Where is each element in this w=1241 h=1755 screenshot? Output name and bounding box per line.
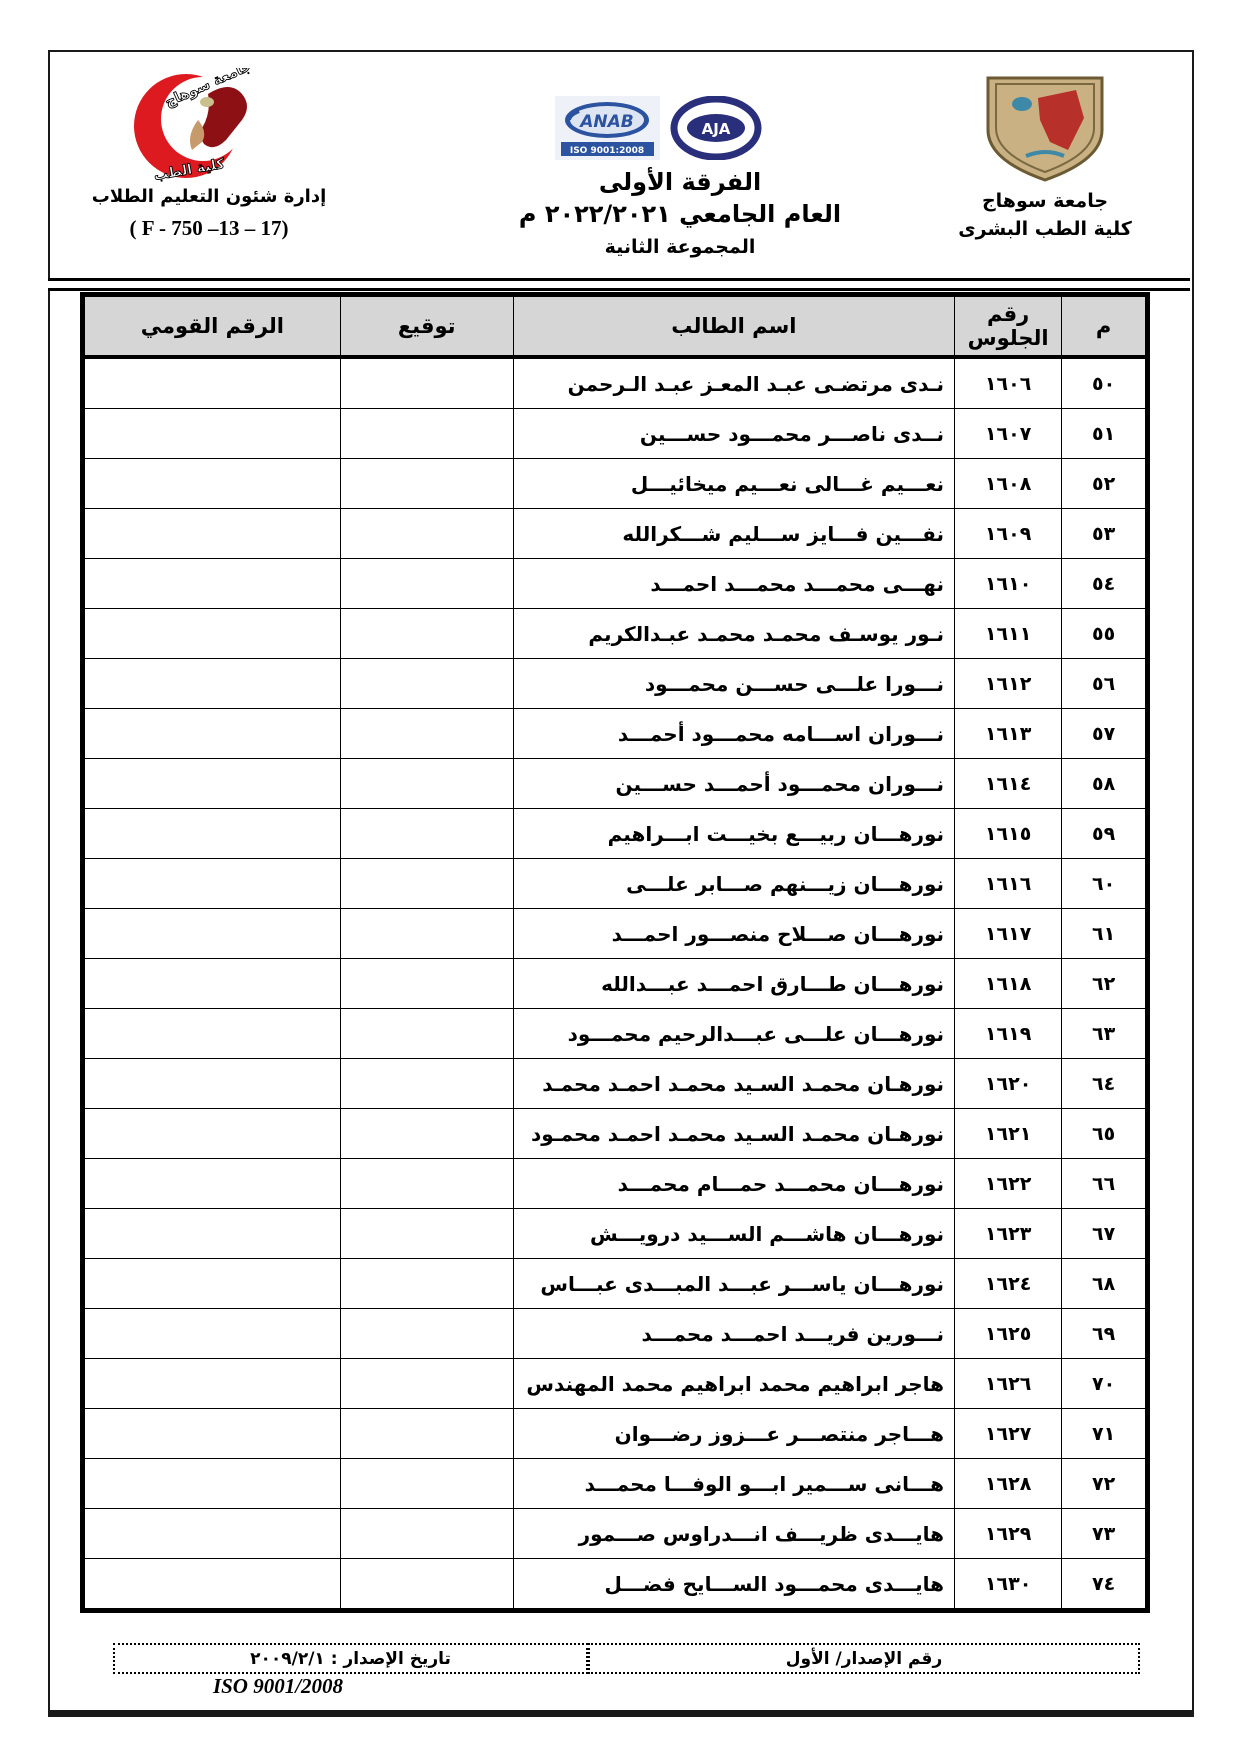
student-name: نـــورا علـــى حســـن محمـــود — [513, 659, 954, 709]
shield-logo-icon — [978, 74, 1112, 184]
table-row: ٧٢ ١٦٢٨ هـــانى ســـمير ابـــو الوفـــا … — [85, 1459, 1146, 1509]
table-row: ٥٤ ١٦١٠ نهـــى محمـــد محمـــد احمـــد — [85, 559, 1146, 609]
seat-number: ١٦٠٧ — [955, 409, 1062, 459]
signature-cell — [340, 409, 513, 459]
national-id-cell — [85, 759, 341, 809]
seat-number: ١٦٢٩ — [955, 1509, 1062, 1559]
student-table-body: ٥٠ ١٦٠٦ نـدى مرتضـى عبـد المعـز عبـد الـ… — [85, 357, 1146, 1609]
national-id-cell — [85, 1509, 341, 1559]
page-title-group: المجموعة الثانية — [520, 236, 840, 258]
student-name: نورهـــان هاشـــم الســـيد درويـــش — [513, 1209, 954, 1259]
national-id-cell — [85, 909, 341, 959]
seat-number: ١٦٢٦ — [955, 1359, 1062, 1409]
seat-number: ١٦١٩ — [955, 1009, 1062, 1059]
student-name: نورهـــان صـــلاح منصـــور احمـــد — [513, 909, 954, 959]
seat-number: ١٦٠٨ — [955, 459, 1062, 509]
table-row: ٥٨ ١٦١٤ نـــوران محمـــود أحمـــد حســـي… — [85, 759, 1146, 809]
students-table-wrapper: م رقم الجلوس اسم الطالب توقيع الرقم القو… — [80, 292, 1150, 1613]
signature-cell — [340, 1159, 513, 1209]
row-index: ٧٢ — [1062, 1459, 1146, 1509]
issue-number-box: رقم الإصدار/ الأول — [588, 1643, 1140, 1674]
row-index: ٥٢ — [1062, 459, 1146, 509]
seat-number: ١٦٢٧ — [955, 1409, 1062, 1459]
crescent-college-logo: جامعة سوهاج كلية الطب — [112, 68, 287, 183]
student-name: نورهـــان طـــارق احمـــد عبـــدالله — [513, 959, 954, 1009]
national-id-cell — [85, 1409, 341, 1459]
page-title-academic-year: العام الجامعي ٢٠٢٢/٢٠٢١ م — [470, 200, 890, 228]
page-title-grade: الفرقة الأولى — [500, 168, 860, 196]
student-name: نهـــى محمـــد محمـــد احمـــد — [513, 559, 954, 609]
seat-number: ١٦٢١ — [955, 1109, 1062, 1159]
table-row: ٥٠ ١٦٠٦ نـدى مرتضـى عبـد المعـز عبـد الـ… — [85, 357, 1146, 409]
seat-number: ١٦٢٥ — [955, 1309, 1062, 1359]
table-row: ٥٣ ١٦٠٩ نفـــين فـــايز ســـليم شـــكرال… — [85, 509, 1146, 559]
row-index: ٧١ — [1062, 1409, 1146, 1459]
signature-cell — [340, 1209, 513, 1259]
signature-cell — [340, 1309, 513, 1359]
signature-cell — [340, 1409, 513, 1459]
form-code: ( F - 750 –13 – 17) — [54, 216, 364, 241]
seat-number: ١٦١٥ — [955, 809, 1062, 859]
row-index: ٥٣ — [1062, 509, 1146, 559]
aja-logo-icon: AJA — [670, 96, 762, 160]
signature-cell — [340, 609, 513, 659]
national-id-cell — [85, 1209, 341, 1259]
student-name: هـــاجر منتصـــر عـــزوز رضـــوان — [513, 1409, 954, 1459]
header-signature: توقيع — [340, 297, 513, 358]
table-row: ٥٥ ١٦١١ نـور يوسـف محمـد محمـد عبـدالكري… — [85, 609, 1146, 659]
row-index: ٥٧ — [1062, 709, 1146, 759]
national-id-cell — [85, 1009, 341, 1059]
row-index: ٦١ — [1062, 909, 1146, 959]
row-index: ٦٢ — [1062, 959, 1146, 1009]
national-id-cell — [85, 509, 341, 559]
row-index: ٦٠ — [1062, 859, 1146, 909]
row-index: ٥٤ — [1062, 559, 1146, 609]
row-index: ٦٩ — [1062, 1309, 1146, 1359]
national-id-cell — [85, 959, 341, 1009]
seat-number: ١٦١١ — [955, 609, 1062, 659]
row-index: ٧٣ — [1062, 1509, 1146, 1559]
national-id-cell — [85, 609, 341, 659]
table-row: ٦٣ ١٦١٩ نورهـــان علـــى عبـــدالرحيم مح… — [85, 1009, 1146, 1059]
signature-cell — [340, 859, 513, 909]
row-index: ٦٣ — [1062, 1009, 1146, 1059]
seat-number: ١٦٢٠ — [955, 1059, 1062, 1109]
student-name: نـــورين فريـــد احمـــد محمـــد — [513, 1309, 954, 1359]
table-header-row: م رقم الجلوس اسم الطالب توقيع الرقم القو… — [85, 297, 1146, 358]
table-row: ٦٤ ١٦٢٠ نورهـان محمـد السـيد محمـد احمـد… — [85, 1059, 1146, 1109]
header-divider-rule — [48, 278, 1190, 291]
student-name: نــدى ناصـــر محمـــود حســـين — [513, 409, 954, 459]
seat-number: ١٦١٦ — [955, 859, 1062, 909]
table-row: ٧٣ ١٦٢٩ هايـــدى ظريـــف انـــدراوس صـــ… — [85, 1509, 1146, 1559]
row-index: ٥٠ — [1062, 357, 1146, 409]
table-row: ٧٠ ١٦٢٦ هاجر ابراهيم محمد ابراهيم محمد ا… — [85, 1359, 1146, 1409]
seat-number: ١٦٢٨ — [955, 1459, 1062, 1509]
signature-cell — [340, 959, 513, 1009]
student-name: نـدى مرتضـى عبـد المعـز عبـد الـرحمن — [513, 357, 954, 409]
table-row: ٦٥ ١٦٢١ نورهـان محمـد السـيد محمـد احمـد… — [85, 1109, 1146, 1159]
row-index: ٦٦ — [1062, 1159, 1146, 1209]
table-row: ٥٧ ١٦١٣ نـــوران اســـامه محمـــود أحمــ… — [85, 709, 1146, 759]
table-row: ٧١ ١٦٢٧ هـــاجر منتصـــر عـــزوز رضـــوا… — [85, 1409, 1146, 1459]
crescent-logo-icon: جامعة سوهاج كلية الطب — [112, 68, 287, 183]
table-row: ٦٨ ١٦٢٤ نورهـــان ياســـر عبـــد المبـــ… — [85, 1259, 1146, 1309]
row-index: ٥٥ — [1062, 609, 1146, 659]
student-name: هـــانى ســـمير ابـــو الوفـــا محمـــد — [513, 1459, 954, 1509]
national-id-cell — [85, 559, 341, 609]
national-id-cell — [85, 459, 341, 509]
national-id-cell — [85, 409, 341, 459]
signature-cell — [340, 1509, 513, 1559]
row-index: ٦٧ — [1062, 1209, 1146, 1259]
row-index: ٦٥ — [1062, 1109, 1146, 1159]
signature-cell — [340, 909, 513, 959]
national-id-cell — [85, 1159, 341, 1209]
signature-cell — [340, 357, 513, 409]
department-line: إدارة شئون التعليم الطلاب — [54, 186, 364, 207]
issue-date-box: تاريخ الإصدار : ٢٠٠٩/٢/١ — [113, 1643, 588, 1674]
anab-accreditation-logo: ANAB ISO 9001:2008 — [555, 96, 660, 160]
row-index: ٧٤ — [1062, 1559, 1146, 1609]
national-id-cell — [85, 1059, 341, 1109]
seat-number: ١٦٠٩ — [955, 509, 1062, 559]
signature-cell — [340, 659, 513, 709]
anab-logo-icon: ANAB ISO 9001:2008 — [555, 96, 660, 160]
table-row: ٧٤ ١٦٣٠ هايـــدى محمـــود الســـايح فضــ… — [85, 1559, 1146, 1609]
national-id-cell — [85, 1559, 341, 1609]
national-id-cell — [85, 809, 341, 859]
national-id-cell — [85, 859, 341, 909]
student-name: نورهـــان ياســـر عبـــد المبـــدى عبـــ… — [513, 1259, 954, 1309]
table-row: ٦١ ١٦١٧ نورهـــان صـــلاح منصـــور احمــ… — [85, 909, 1146, 959]
signature-cell — [340, 759, 513, 809]
header-index: م — [1062, 297, 1146, 358]
national-id-cell — [85, 1359, 341, 1409]
student-name: نورهـــان محمـــد حمـــام محمـــد — [513, 1159, 954, 1209]
table-row: ٦٢ ١٦١٨ نورهـــان طـــارق احمـــد عبـــد… — [85, 959, 1146, 1009]
iso-certification-label: ISO 9001/2008 — [158, 1674, 398, 1699]
student-name: نـــوران محمـــود أحمـــد حســـين — [513, 759, 954, 809]
seat-number: ١٦١٨ — [955, 959, 1062, 1009]
svg-text:ISO 9001:2008: ISO 9001:2008 — [570, 146, 644, 156]
seat-number: ١٦١٧ — [955, 909, 1062, 959]
faculty-name: كلية الطب البشرى — [930, 218, 1160, 240]
signature-cell — [340, 509, 513, 559]
table-row: ٥٦ ١٦١٢ نـــورا علـــى حســـن محمـــود — [85, 659, 1146, 709]
student-name: نورهـــان ربيـــع بخيـــت ابـــراهيم — [513, 809, 954, 859]
seat-number: ١٦١٣ — [955, 709, 1062, 759]
header-seat-number: رقم الجلوس — [955, 297, 1062, 358]
row-index: ٦٨ — [1062, 1259, 1146, 1309]
document-page: جامعة سوهاج كلية الطب إدارة شئون التعليم… — [48, 50, 1194, 1717]
header-national-id: الرقم القومي — [85, 297, 341, 358]
signature-cell — [340, 1259, 513, 1309]
row-index: ٥٦ — [1062, 659, 1146, 709]
table-row: ٦٠ ١٦١٦ نورهـــان زيـــنهم صـــابر علـــ… — [85, 859, 1146, 909]
aja-registrars-logo: AJA — [670, 96, 762, 160]
student-name: نفـــين فـــايز ســـليم شـــكرالله — [513, 509, 954, 559]
national-id-cell — [85, 357, 341, 409]
university-name: جامعة سوهاج — [930, 190, 1160, 212]
table-row: ٥١ ١٦٠٧ نــدى ناصـــر محمـــود حســـين — [85, 409, 1146, 459]
table-row: ٥٢ ١٦٠٨ نعـــيم غـــالى نعـــيم ميخائيــ… — [85, 459, 1146, 509]
row-index: ٥٩ — [1062, 809, 1146, 859]
signature-cell — [340, 1459, 513, 1509]
student-name: نورهـان محمـد السـيد محمـد احمـد محمـد — [513, 1059, 954, 1109]
student-name: هايـــدى محمـــود الســـايح فضـــل — [513, 1559, 954, 1609]
student-name: نورهـــان زيـــنهم صـــابر علـــى — [513, 859, 954, 909]
header-seat-line2: الجلوس — [956, 326, 1060, 350]
national-id-cell — [85, 1259, 341, 1309]
national-id-cell — [85, 1109, 341, 1159]
row-index: ٥٨ — [1062, 759, 1146, 809]
signature-cell — [340, 1359, 513, 1409]
row-index: ٧٠ — [1062, 1359, 1146, 1409]
signature-cell — [340, 1009, 513, 1059]
student-name: نـــوران اســـامه محمـــود أحمـــد — [513, 709, 954, 759]
seat-number: ١٦٢٤ — [955, 1259, 1062, 1309]
seat-number: ١٦٢٣ — [955, 1209, 1062, 1259]
signature-cell — [340, 809, 513, 859]
student-name: نورهـان محمـد السـيد محمـد احمـد محمـود — [513, 1109, 954, 1159]
table-row: ٦٩ ١٦٢٥ نـــورين فريـــد احمـــد محمـــد — [85, 1309, 1146, 1359]
national-id-cell — [85, 1459, 341, 1509]
student-name: هاجر ابراهيم محمد ابراهيم محمد المهندس — [513, 1359, 954, 1409]
national-id-cell — [85, 1309, 341, 1359]
table-row: ٥٩ ١٦١٥ نورهـــان ربيـــع بخيـــت ابـــر… — [85, 809, 1146, 859]
seat-number: ١٦١٠ — [955, 559, 1062, 609]
row-index: ٥١ — [1062, 409, 1146, 459]
national-id-cell — [85, 709, 341, 759]
national-id-cell — [85, 659, 341, 709]
seat-number: ١٦٣٠ — [955, 1559, 1062, 1609]
signature-cell — [340, 709, 513, 759]
university-shield-logo — [978, 74, 1112, 184]
students-table: م رقم الجلوس اسم الطالب توقيع الرقم القو… — [84, 296, 1146, 1609]
svg-text:AJA: AJA — [702, 120, 731, 138]
student-name: نعـــيم غـــالى نعـــيم ميخائيـــل — [513, 459, 954, 509]
table-row: ٦٦ ١٦٢٢ نورهـــان محمـــد حمـــام محمـــ… — [85, 1159, 1146, 1209]
student-name: نورهـــان علـــى عبـــدالرحيم محمـــود — [513, 1009, 954, 1059]
student-name: هايـــدى ظريـــف انـــدراوس صـــمور — [513, 1509, 954, 1559]
seat-number: ١٦١٤ — [955, 759, 1062, 809]
signature-cell — [340, 559, 513, 609]
row-index: ٦٤ — [1062, 1059, 1146, 1109]
header-student-name: اسم الطالب — [513, 297, 954, 358]
seat-number: ١٦٠٦ — [955, 357, 1062, 409]
table-row: ٦٧ ١٦٢٣ نورهـــان هاشـــم الســـيد درويـ… — [85, 1209, 1146, 1259]
signature-cell — [340, 1109, 513, 1159]
seat-number: ١٦١٢ — [955, 659, 1062, 709]
signature-cell — [340, 1559, 513, 1609]
header-seat-line1: رقم — [956, 302, 1060, 326]
svg-text:ANAB: ANAB — [578, 112, 634, 132]
seat-number: ١٦٢٢ — [955, 1159, 1062, 1209]
signature-cell — [340, 459, 513, 509]
signature-cell — [340, 1059, 513, 1109]
student-name: نـور يوسـف محمـد محمـد عبـدالكريم — [513, 609, 954, 659]
